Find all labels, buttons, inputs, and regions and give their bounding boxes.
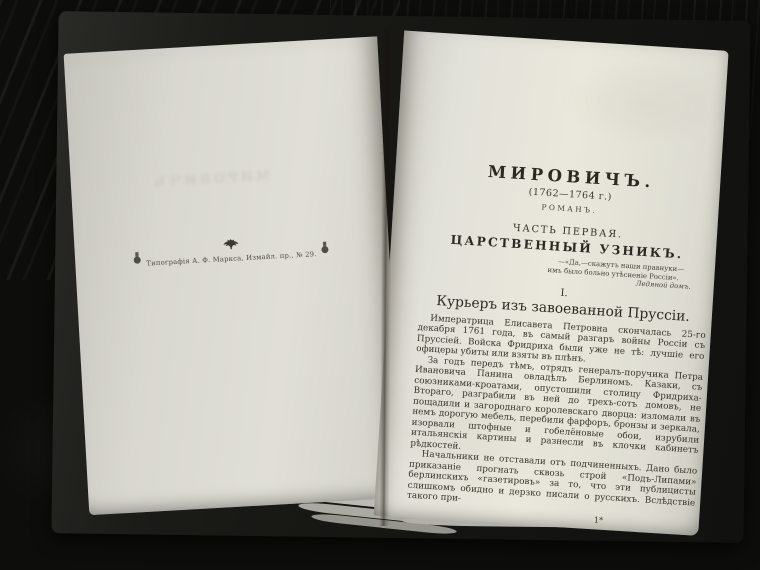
paragraph: Императрица Елисавета Петровна скончалас… [416, 313, 706, 373]
part-heading: ЧАСТЬ ПЕРВАЯ. [424, 217, 712, 246]
medal-icon [321, 238, 330, 257]
epigraph: —«Да,—скажутъ наши правнуки— имъ было бо… [547, 257, 706, 293]
body-text: Императрица Елисавета Петровна скончалас… [407, 313, 706, 520]
title-page-text: МИРОВИЧЪ. (1762—1764 г.) РОМАНЪ. ЧАСТЬ П… [406, 32, 724, 530]
chapter-number: I. [420, 279, 708, 308]
imperial-eagle-icon [223, 234, 239, 254]
epigraph-line: —«Да,—скажутъ наши правнуки— [548, 257, 706, 275]
book-genre: РОМАНЪ. [425, 195, 713, 222]
book-years: (1762—1764 г.) [426, 180, 714, 209]
epigraph-line: имъ было больно утѣсненіе Россіи». [547, 266, 705, 284]
book-title: МИРОВИЧЪ. [427, 158, 716, 195]
paragraph: За годъ передъ тѣмъ, отрядъ генералъ-пор… [410, 355, 703, 467]
medal-icon [133, 249, 142, 268]
part-title: ЦАРСТВЕННЫЙ УЗНИКЪ. [423, 231, 711, 263]
paragraph: Начальники не отставали отъ подчиненныхъ… [407, 449, 698, 519]
epigraph-attribution: Ледяной домъ. [547, 274, 705, 292]
photo-open-book: МИРОВИЧЪ Типографія А. Ф. Маркса, Измайл… [0, 0, 760, 570]
chapter-title: Курьеръ изъ завоеванной Пруссіи. [419, 292, 707, 326]
right-page: МИРОВИЧЪ. (1762—1764 г.) РОМАНЪ. ЧАСТЬ П… [374, 30, 729, 535]
left-page: МИРОВИЧЪ Типографія А. Ф. Маркса, Измайл… [64, 36, 403, 515]
showthrough-text: МИРОВИЧЪ [126, 167, 297, 191]
printer-imprint: Типографія А. Ф. Маркса, Измайл. пр., № … [132, 230, 315, 268]
